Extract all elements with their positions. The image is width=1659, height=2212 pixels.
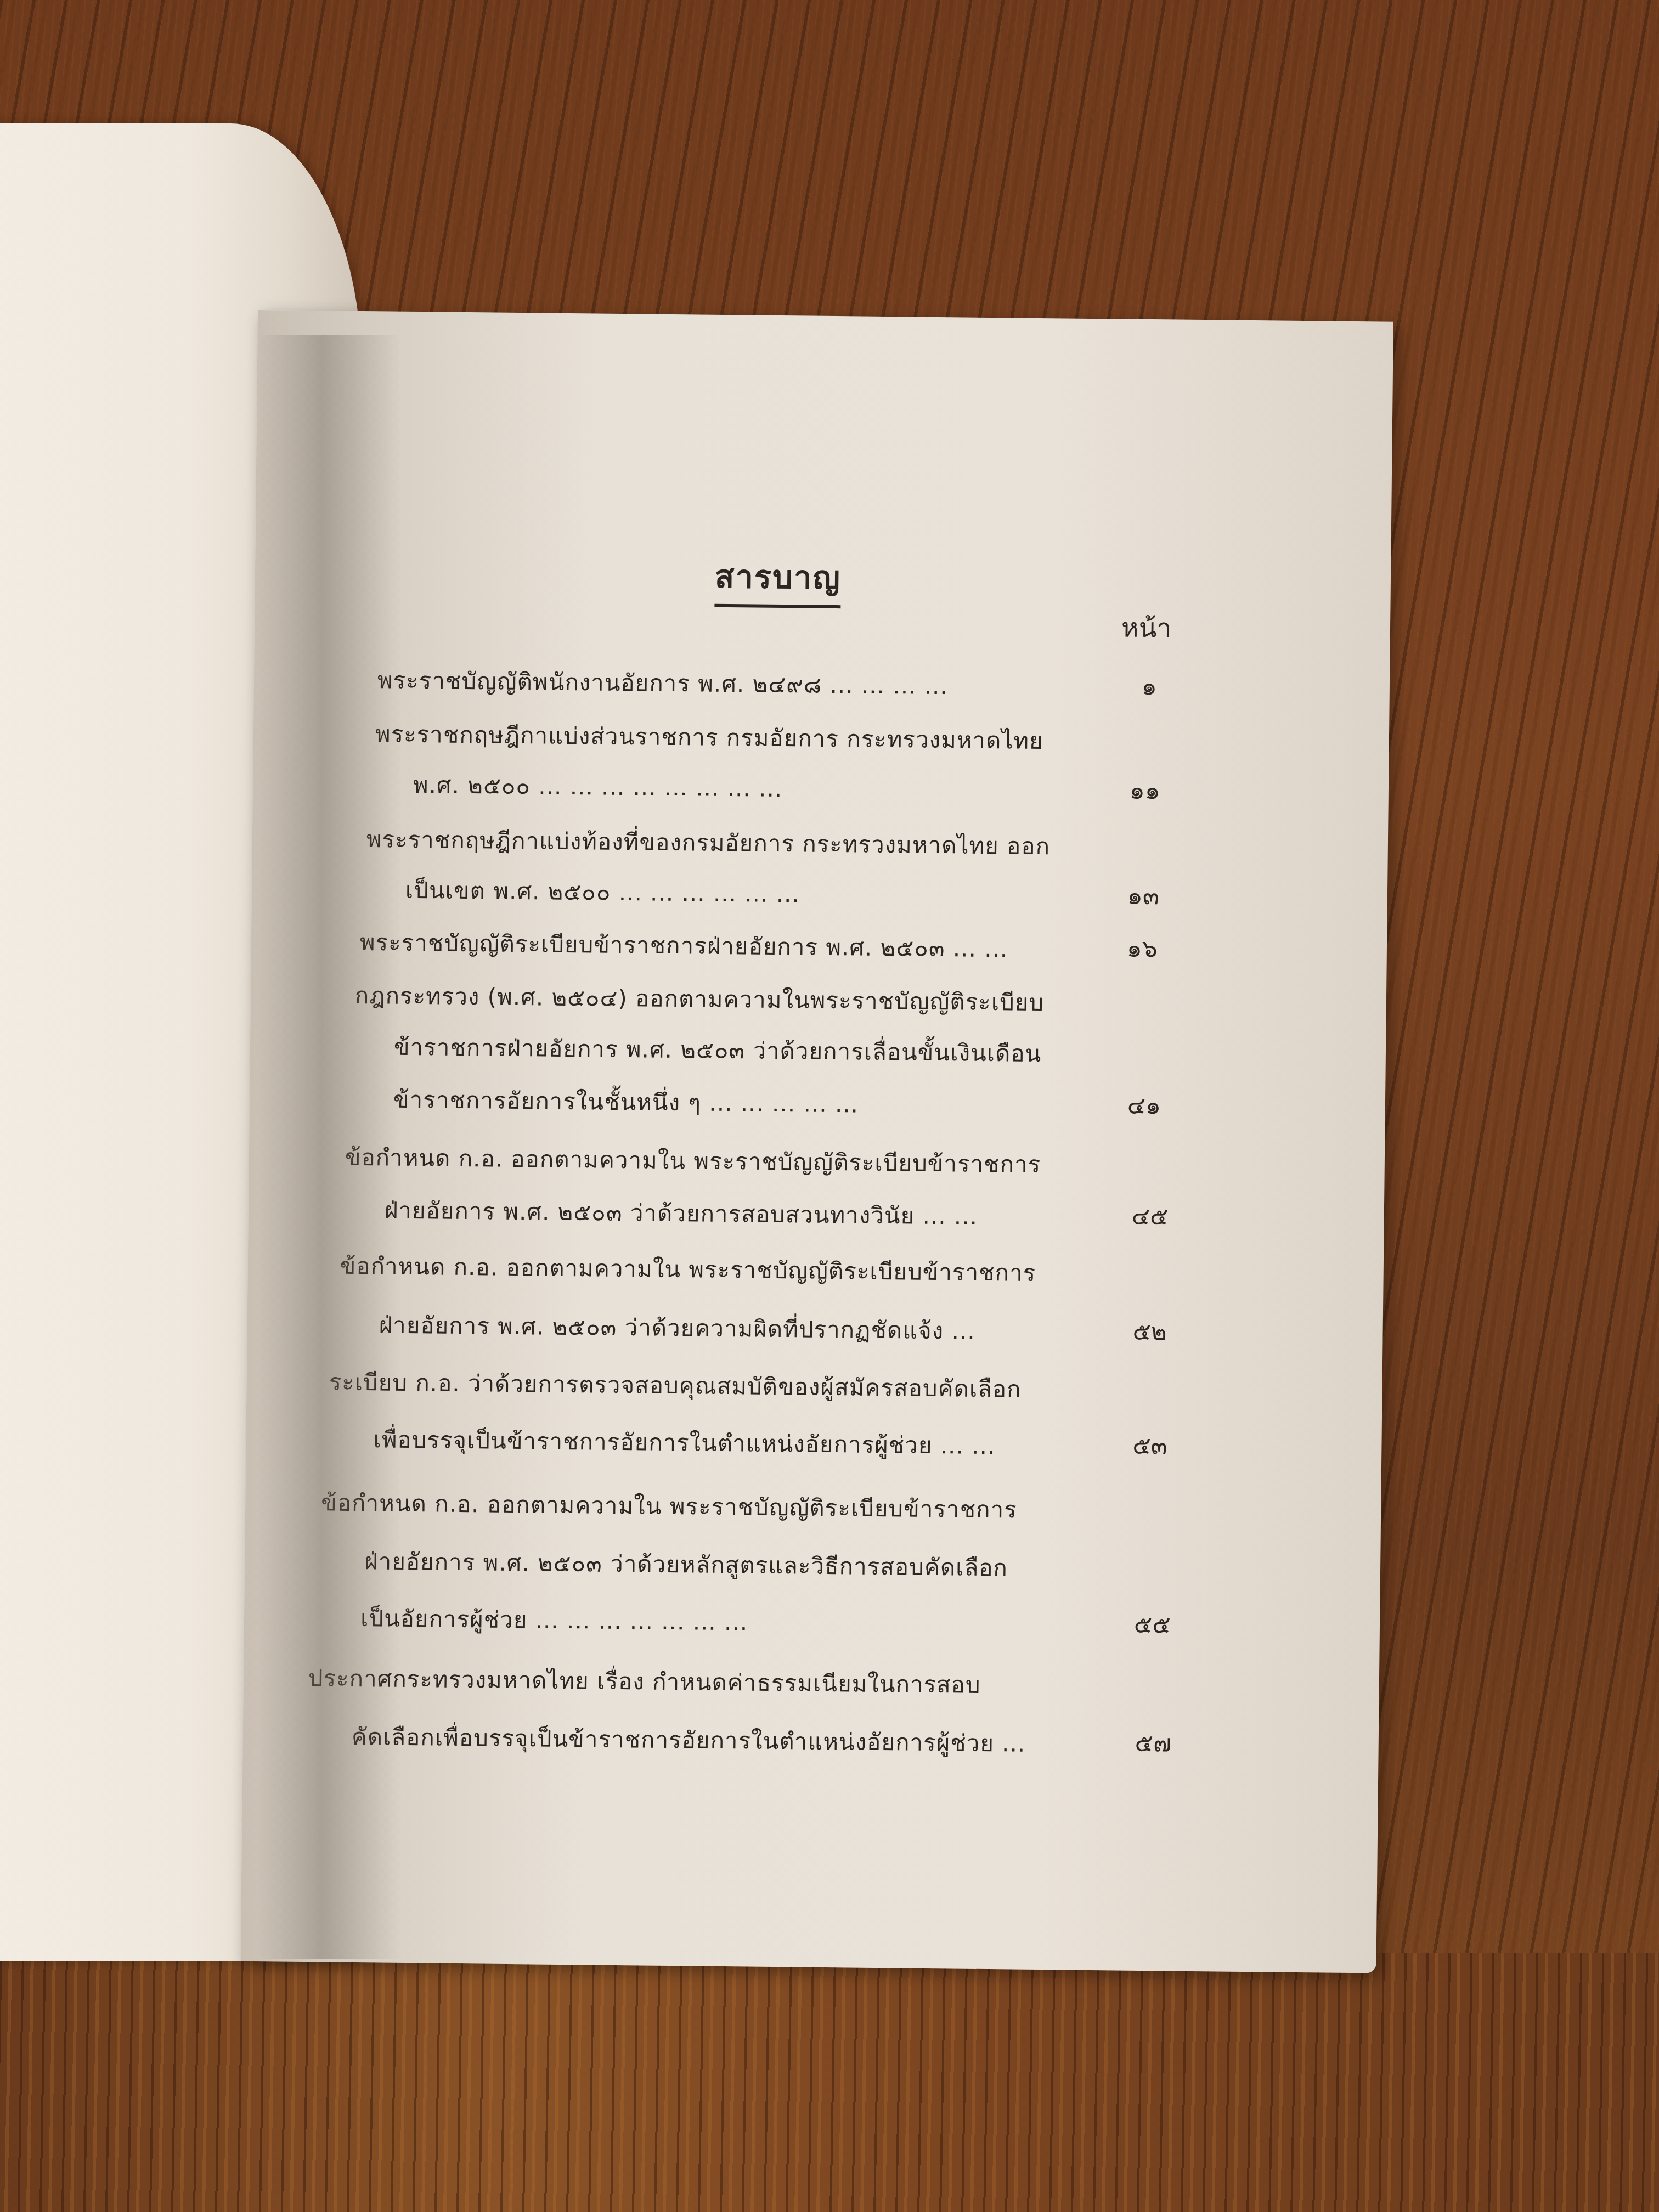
toc-entry-line: ฝ่ายอัยการ พ.ศ. ๒๕๐๓ ว่าด้วยหลักสูตรและว… xyxy=(364,1543,1008,1586)
toc-list: พระราชบัญญัติพนักงานอัยการ พ.ศ. ๒๔๙๘ ...… xyxy=(240,310,1393,1973)
toc-entry-line: พ.ศ. ๒๕๐๐ ... ... ... ... ... ... ... ..… xyxy=(413,767,783,807)
toc-entry-line: กฎกระทรวง (พ.ศ. ๒๕๐๔) ออกตามความในพระราช… xyxy=(355,978,1045,1021)
toc-page-number: ๑๓ xyxy=(1127,877,1160,916)
toc-entry-line: พระราชกฤษฎีกาแบ่งส่วนราชการ กรมอัยการ กร… xyxy=(375,716,1044,759)
toc-page-number: ๑๑ xyxy=(1130,771,1161,810)
book-gutter-shadow xyxy=(258,335,400,1959)
toc-entry-line: เพื่อบรรจุเป็นข้าราชการอัยการในตำแหน่งอั… xyxy=(373,1421,996,1464)
toc-page-number: ๑๖ xyxy=(1127,929,1158,968)
toc-entry-line: พระราชกฤษฎีกาแบ่งท้องที่ของกรมอัยการ กระ… xyxy=(366,821,1051,865)
toc-page-number: ๔๑ xyxy=(1127,1086,1161,1125)
toc-entry-line: ฝ่ายอัยการ พ.ศ. ๒๕๐๓ ว่าด้วยความผิดที่ปร… xyxy=(379,1307,975,1349)
toc-entry-line: ข้าราชการฝ่ายอัยการ พ.ศ. ๒๕๐๓ ว่าด้วยการ… xyxy=(394,1029,1042,1072)
toc-entry-line: เป็นอัยการผู้ช่วย ... ... ... ... ... ..… xyxy=(360,1600,748,1640)
toc-entry-line: คัดเลือกเพื่อบรรจุเป็นข้าราชการอัยการในต… xyxy=(351,1719,1025,1762)
toc-page-number: ๕๕ xyxy=(1134,1605,1171,1644)
toc-entry-line: ระเบียบ ก.อ. ว่าด้วยการตรวจสอบคุณสมบัติข… xyxy=(329,1364,1022,1407)
toc-page-number: ๔๕ xyxy=(1131,1197,1168,1236)
toc-page-number: ๕๓ xyxy=(1132,1426,1167,1465)
wooden-table xyxy=(0,1953,1659,2212)
toc-entry-line: ประกาศกระทรวงมหาดไทย เรื่อง กำหนดค่าธรรม… xyxy=(308,1660,981,1703)
book-page: สารบาญ หน้า พระราชบัญญัติพนักงานอัยการ พ… xyxy=(240,310,1393,1973)
toc-entry-line: ข้อกำหนด ก.อ. ออกตามความใน พระราชบัญญัติ… xyxy=(340,1248,1036,1291)
toc-entry-line: พระราชบัญญัติพนักงานอัยการ พ.ศ. ๒๔๙๘ ...… xyxy=(377,662,949,704)
toc-entry-line: เป็นเขต พ.ศ. ๒๕๐๐ ... ... ... ... ... ..… xyxy=(405,872,800,913)
toc-entry-line: ข้อกำหนด ก.อ. ออกตามความใน พระราชบัญญัติ… xyxy=(345,1139,1041,1183)
toc-entry-line: ข้อกำหนด ก.อ. ออกตามความใน พระราชบัญญัติ… xyxy=(321,1485,1017,1528)
toc-entry-line: พระราชบัญญัติระเบียบข้าราชการฝ่ายอัยการ … xyxy=(360,924,1008,967)
toc-page-number: ๕๗ xyxy=(1135,1724,1171,1763)
toc-page-number: ๑ xyxy=(1142,667,1158,706)
toc-entry-line: ข้าราชการอัยการในชั้นหนึ่ง ๆ ... ... ...… xyxy=(393,1082,859,1123)
toc-entry-line: ฝ่ายอัยการ พ.ศ. ๒๕๐๓ ว่าด้วยการสอบสวนทาง… xyxy=(384,1193,978,1235)
toc-page-number: ๕๒ xyxy=(1132,1312,1167,1351)
